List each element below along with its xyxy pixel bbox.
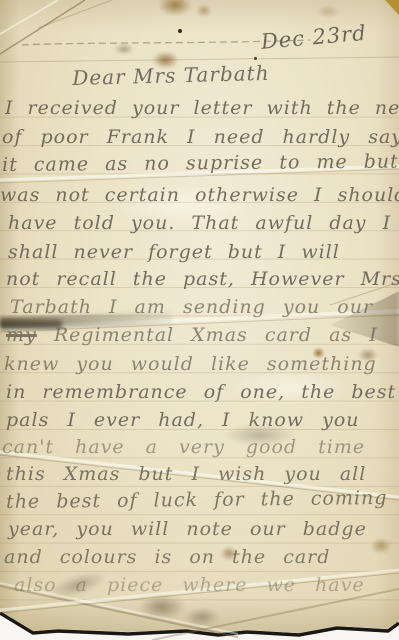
letter-salutation: Dear Mrs Tarbath [72, 61, 270, 90]
letter-line: Tarbath I am sending you our [10, 296, 373, 318]
letter-line: have told you. That awful day I [8, 212, 391, 234]
letter-line-rest: Regimental Xmas card as I [54, 324, 378, 346]
letter-line: not recall the past, However Mrs [6, 268, 399, 290]
letter-line: was not certain otherwise I should [0, 184, 399, 206]
letter-line: and colours is on the card [4, 546, 330, 568]
letter-line: this Xmas but I wish you all [6, 463, 366, 485]
letter-line: knew you would like something [4, 353, 377, 375]
letter-line: can't have a very good time [2, 436, 365, 458]
letter-text: Dec 23rd Dear Mrs Tarbath I received you… [0, 0, 399, 640]
letter-line: shall never forget but I will [8, 241, 340, 263]
letter-line: also a piece where we have [14, 574, 365, 596]
letter-line: pals I ever had, I know you [6, 409, 360, 431]
letter-line: my Regimental Xmas card as I [6, 324, 378, 346]
letter-line: I received your letter with the news [5, 97, 399, 119]
letter-line: year, you will note our badge [8, 518, 367, 540]
handwritten-letter-photo: Dec 23rd Dear Mrs Tarbath I received you… [0, 0, 399, 640]
letter-date: Dec 23rd [260, 21, 368, 54]
letter-line: the best of luck for the coming [6, 487, 388, 513]
letter-line: it came as no suprise to me but I [2, 150, 399, 176]
letter-line: in remembrance of one, the best [6, 381, 396, 403]
letter-line: of poor Frank I need hardly say [2, 126, 399, 148]
struck-word: my [6, 324, 37, 346]
